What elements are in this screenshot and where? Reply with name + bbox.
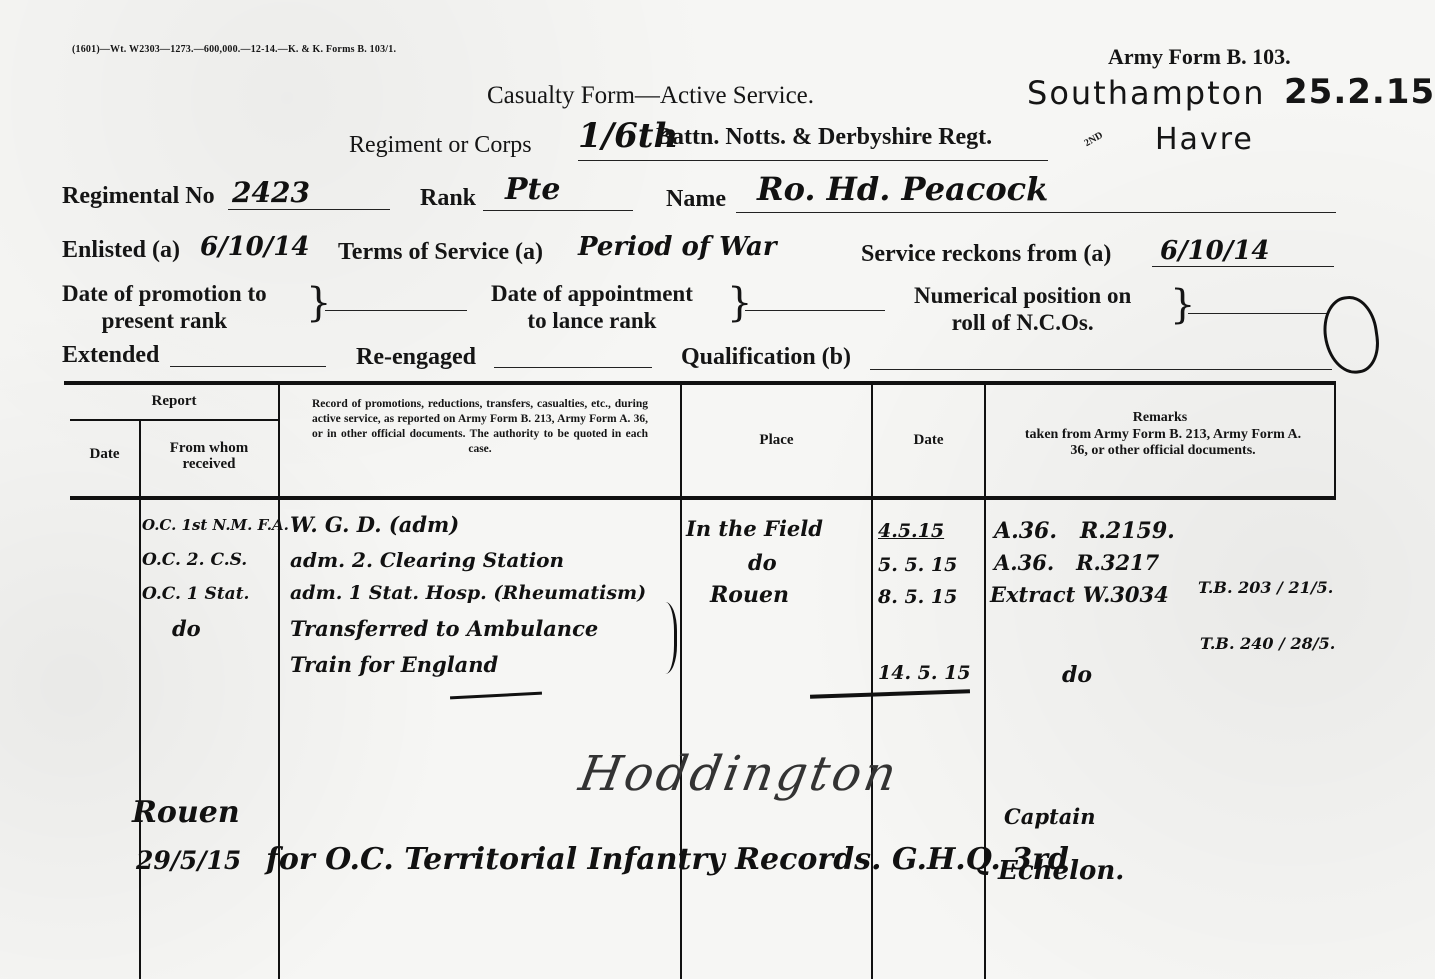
row-date: 4.5.15 (878, 520, 944, 542)
header-record: Record of promotions, reductions, transf… (312, 397, 648, 457)
row-note: T.B. 203 / 21/5. (1198, 578, 1333, 597)
col-rule (680, 383, 682, 979)
reengaged-field (494, 367, 652, 368)
row-from-whom: O.C. 1 Stat. (142, 584, 249, 604)
header-date-2: Date (873, 432, 984, 449)
row-record: Train for England (290, 652, 498, 677)
header-date: Date (70, 446, 139, 463)
report-divider (70, 419, 280, 421)
row-record: adm. 1 Stat. Hosp. (Rheumatism) (290, 582, 646, 604)
row-record: W. G. D. (adm) (290, 512, 459, 537)
document-page: (1601)—Wt. W2303—1273.—600,000.—12-14.—K… (0, 0, 1435, 979)
name-label: Name (666, 186, 726, 213)
extended-label: Extended (62, 342, 159, 369)
regiment-print-value: Battn. Notts. & Derbyshire Regt. (656, 124, 992, 151)
col-rule (1334, 383, 1336, 499)
officer-signature: Hoddington (575, 746, 903, 802)
header-place: Place (682, 432, 871, 449)
promotion-date-field (325, 310, 467, 311)
row-record: adm. 2. Clearing Station (290, 548, 564, 572)
header-remarks-sub: taken from Army Form B. 213, Army Form A… (1022, 427, 1304, 459)
promotion-label: Date of promotion to present rank (62, 280, 267, 334)
qualification-field (870, 369, 1332, 370)
footer-echelon: Echelon. (998, 856, 1124, 886)
footer-text: for O.C. Territorial Infantry Records. G… (266, 842, 1069, 877)
terms-value: Period of War (578, 232, 777, 262)
header-remarks-title: Remarks (990, 410, 1330, 426)
row-place: In the Field (686, 516, 823, 541)
stamp-dest-prefix: 2ND (1083, 130, 1105, 149)
lance-label: Date of appointment to lance rank (491, 280, 693, 334)
reckons-value: 6/10/14 (1160, 236, 1269, 266)
enlisted-label: Enlisted (a) (62, 237, 180, 264)
pen-stroke (810, 689, 970, 699)
terms-label: Terms of Service (a) (338, 239, 543, 266)
reckons-label: Service reckons from (a) (861, 241, 1111, 268)
rank-value: Pte (505, 172, 561, 207)
form-number: Army Form B. 103. (1108, 44, 1291, 70)
stamp-destination: Havre (1155, 122, 1254, 157)
stamp-date: 25.2.15 (1284, 72, 1435, 112)
qualification-label: Qualification (b) (681, 344, 851, 371)
footer-rank: Captain (1004, 804, 1096, 829)
row-from-whom: do (172, 616, 201, 641)
row-date: 14. 5. 15 (878, 662, 971, 684)
footer-place: Rouen (132, 795, 240, 830)
stamp-place: Southampton (1027, 74, 1266, 112)
row-remarks: Extract W.3034 (990, 582, 1169, 607)
table-header-rule (70, 496, 1336, 500)
lance-date-field (745, 310, 885, 311)
reengaged-label: Re-engaged (356, 344, 476, 371)
row-remarks: do (1062, 662, 1092, 688)
printer-imprint: (1601)—Wt. W2303—1273.—600,000.—12-14.—K… (72, 44, 396, 55)
row-from-whom: O.C. 2. C.S. (142, 550, 247, 570)
col-rule (984, 383, 986, 979)
row-date: 8. 5. 15 (878, 586, 957, 608)
margin-circle-mark (1319, 293, 1383, 378)
col-rule (278, 383, 280, 979)
row-from-whom: O.C. 1st N.M. F.A. (142, 516, 289, 534)
nco-field (1188, 313, 1328, 314)
name-value: Ro. Hd. Peacock (757, 170, 1048, 208)
header-report: Report (70, 393, 278, 410)
extended-field (170, 366, 326, 367)
brace: } (1170, 285, 1195, 325)
row-remarks: A.36. R.2159. (994, 518, 1175, 544)
brace: } (306, 283, 331, 323)
form-title: Casualty Form—Active Service. (487, 82, 814, 110)
row-date: 5. 5. 15 (878, 554, 957, 576)
row-place: Rouen (710, 582, 789, 608)
regimental-no-value: 2423 (232, 176, 310, 209)
row-note: T.B. 240 / 28/5. (1200, 634, 1335, 653)
pen-stroke (450, 692, 542, 700)
table-top-rule (64, 381, 1336, 385)
header-from-whom: From whom received (144, 440, 274, 472)
row-record: Transferred to Ambulance (290, 616, 598, 641)
enlisted-value: 6/10/14 (200, 232, 309, 262)
rank-label: Rank (420, 185, 476, 212)
brace-mark (648, 602, 677, 674)
brace: } (727, 283, 752, 323)
col-rule (871, 383, 873, 979)
row-remarks: A.36. R.3217 (994, 550, 1159, 575)
col-rule (139, 420, 141, 979)
regiment-label: Regiment or Corps (349, 132, 532, 159)
row-place: do (748, 550, 777, 575)
regimental-no-label: Regimental No (62, 183, 215, 210)
footer-date: 29/5/15 (136, 846, 241, 875)
nco-label: Numerical position on roll of N.C.Os. (914, 282, 1131, 336)
